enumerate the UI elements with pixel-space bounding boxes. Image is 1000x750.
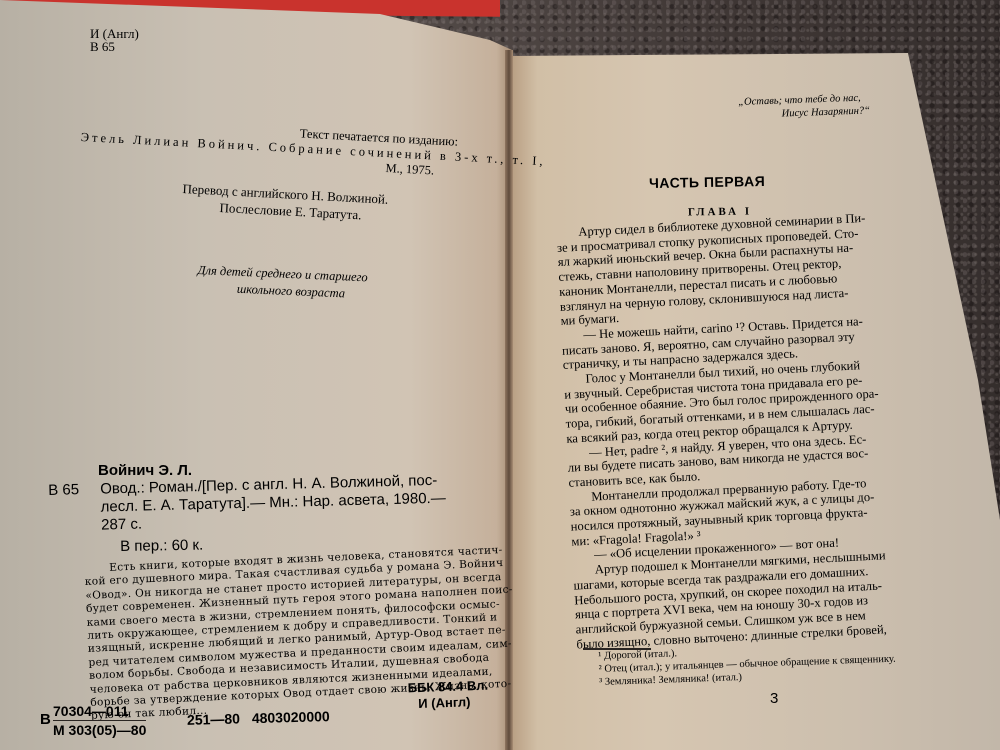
catalog-bibliographic-entry: В 65Овод.: Роман./[Пер. с англ. Н. А. Во… [48,472,446,536]
bbk-line: И (Англ) [408,694,489,713]
catalog-author: Войнич Э. Л. [98,462,192,479]
index-denominator: М 303(05)—80 [53,721,146,739]
epigraph: „Оставь; что тебе до нас, Иисус Назаряни… [738,91,870,122]
index-letter: В [40,711,51,728]
index-fraction: 70304—011 М 303(05)—80 [53,702,146,739]
classification-line: В 65 [90,40,139,53]
chapter-body-text: Артур сидел в библиотеке духовной семина… [556,205,996,651]
classification-code: И (Англ) В 65 [90,27,139,53]
catalog-price: В пер.: 60 к. [120,537,203,555]
bbk-line: ББК 84.4 Вл. [407,678,488,697]
index-numerator: 70304—011 [53,702,146,721]
bbk-code: ББК 84.4 Вл. И (Англ) [407,678,488,713]
part-title: ЧАСТЬ ПЕРВАЯ [649,173,765,191]
page-number: 3 [770,690,778,707]
catalog-code: В 65 [48,481,100,500]
